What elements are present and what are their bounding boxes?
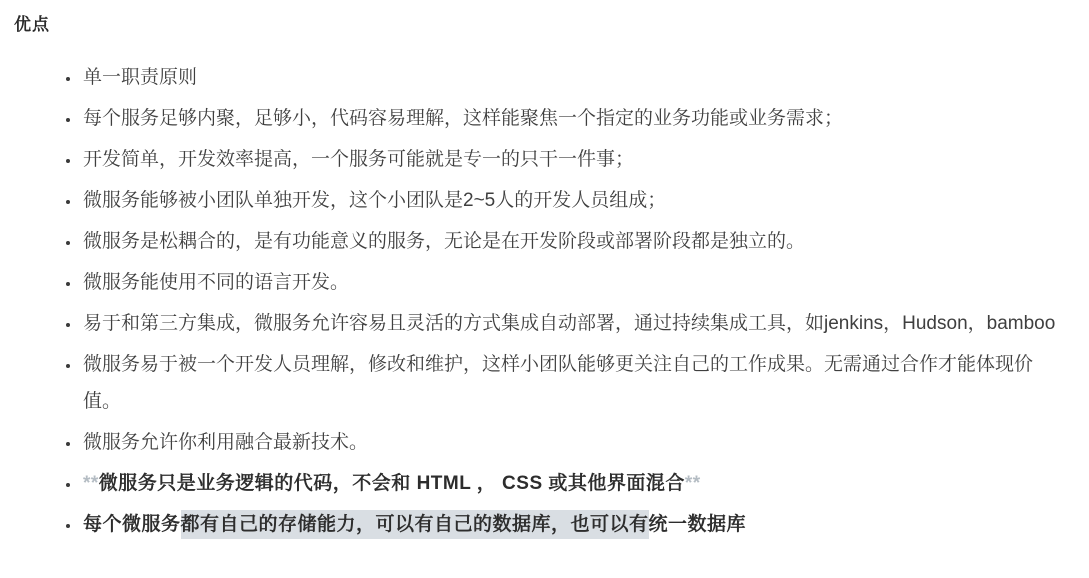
advantages-list: 单一职责原则每个服务足够内聚，足够小，代码容易理解，这样能聚焦一个指定的业务功能… xyxy=(14,59,1069,543)
list-item: 每个服务足够内聚，足够小，代码容易理解，这样能聚焦一个指定的业务功能或业务需求； xyxy=(81,100,1069,137)
item-text: 微服务允许你利用融合最新技术。 xyxy=(83,432,368,453)
list-item: **微服务只是业务逻辑的代码，不会和 HTML ， CSS 或其他界面混合** xyxy=(81,465,1069,502)
emphasis-marker: ** xyxy=(83,473,99,494)
list-item: 微服务能使用不同的语言开发。 xyxy=(81,264,1069,301)
item-text: 微服务能使用不同的语言开发。 xyxy=(83,272,349,293)
item-text: 统一数据库 xyxy=(649,514,747,535)
item-text: 微服务能够被小团队单独开发，这个小团队是2~5人的开发人员组成； xyxy=(83,190,666,211)
list-item: 易于和第三方集成，微服务允许容易且灵活的方式集成自动部署，通过持续集成工具，如j… xyxy=(81,305,1069,342)
list-item: 微服务易于被一个开发人员理解，修改和维护，这样小团队能够更关注自己的工作成果。无… xyxy=(81,346,1069,420)
list-item: 微服务是松耦合的，是有功能意义的服务，无论是在开发阶段或部署阶段都是独立的。 xyxy=(81,223,1069,260)
document-page: 优点 单一职责原则每个服务足够内聚，足够小，代码容易理解，这样能聚焦一个指定的业… xyxy=(0,0,1089,578)
highlighted-text: 都有自己的存储能力，可以有自己的数据库，也可以有 xyxy=(181,510,649,539)
list-item: 微服务允许你利用融合最新技术。 xyxy=(81,424,1069,461)
item-text: 微服务易于被一个开发人员理解，修改和维护，这样小团队能够更关注自己的工作成果。无… xyxy=(83,354,1033,412)
item-text: 微服务只是业务逻辑的代码，不会和 HTML ， CSS 或其他界面混合 xyxy=(99,473,685,494)
list-item: 微服务能够被小团队单独开发，这个小团队是2~5人的开发人员组成； xyxy=(81,182,1069,219)
item-text: 微服务是松耦合的，是有功能意义的服务，无论是在开发阶段或部署阶段都是独立的。 xyxy=(83,231,805,252)
emphasis-marker: ** xyxy=(685,473,701,494)
list-item: 开发简单，开发效率提高，一个服务可能就是专一的只干一件事； xyxy=(81,141,1069,178)
item-text: 开发简单，开发效率提高，一个服务可能就是专一的只干一件事； xyxy=(83,149,634,170)
item-text: 单一职责原则 xyxy=(83,67,197,88)
list-item: 每个微服务都有自己的存储能力，可以有自己的数据库，也可以有统一数据库 xyxy=(81,506,1069,543)
item-text: 每个服务足够内聚，足够小，代码容易理解，这样能聚焦一个指定的业务功能或业务需求； xyxy=(83,108,843,129)
page-title: 优点 xyxy=(14,10,1069,35)
item-text: 易于和第三方集成，微服务允许容易且灵活的方式集成自动部署，通过持续集成工具，如j… xyxy=(83,313,1055,334)
list-item: 单一职责原则 xyxy=(81,59,1069,96)
item-text: 每个微服务 xyxy=(83,514,181,535)
